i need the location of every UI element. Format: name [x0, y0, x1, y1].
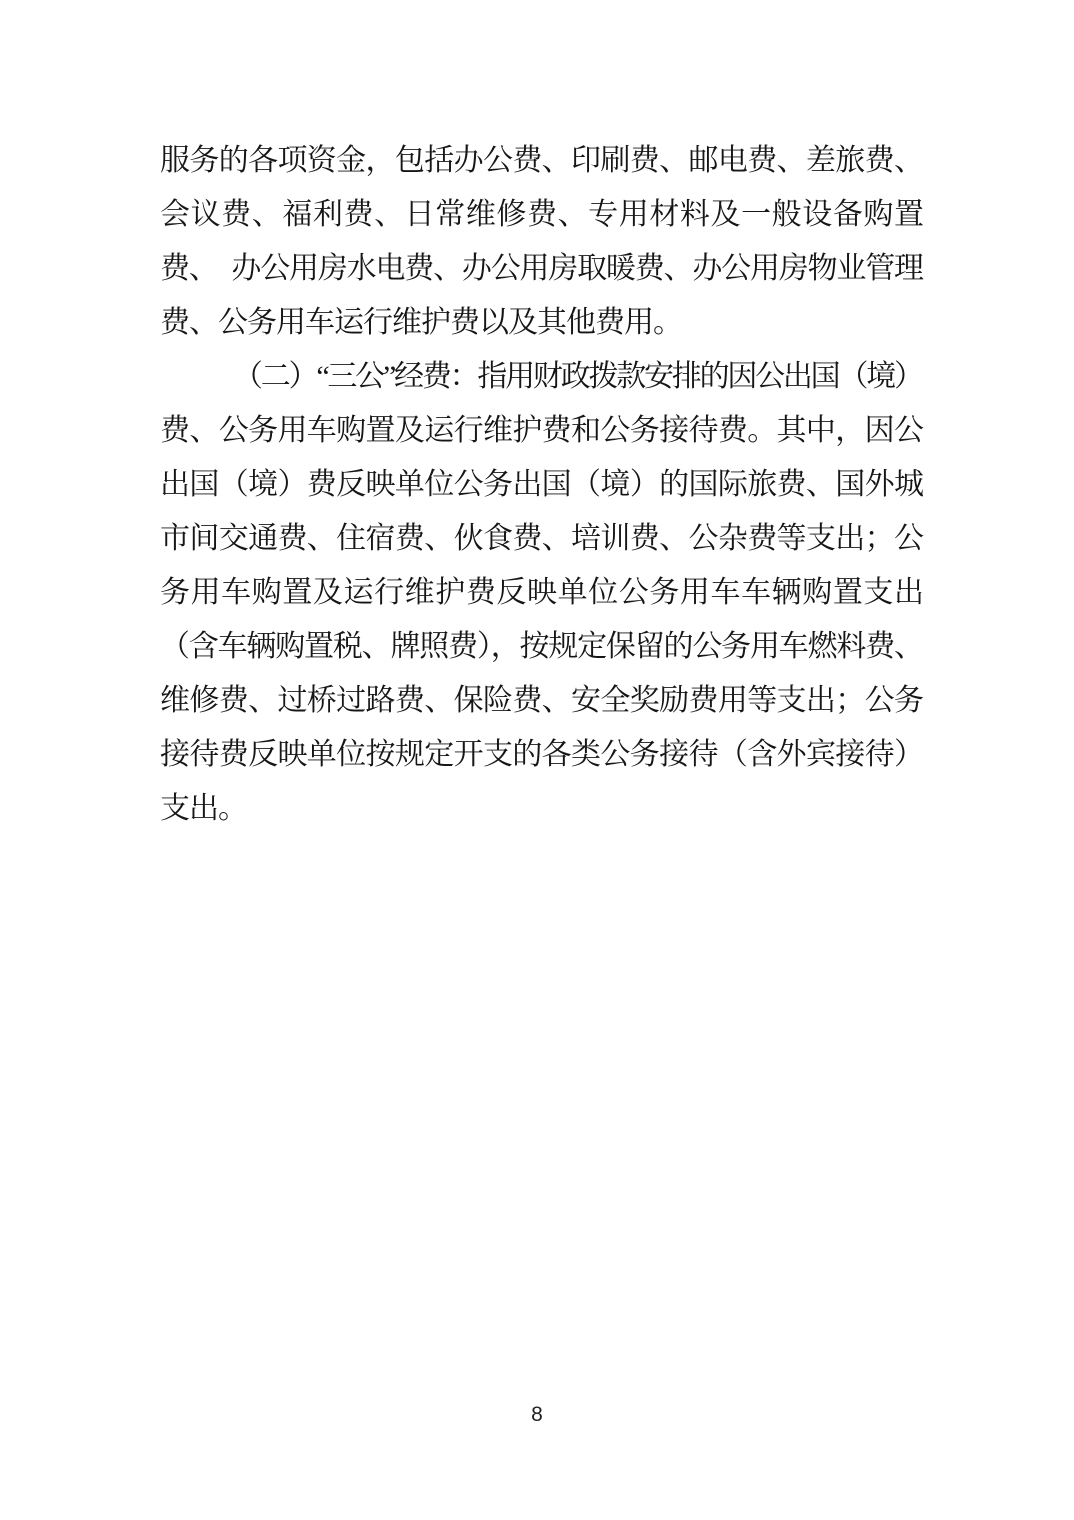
text-line: 会议费、福利费、日常维修费、专用材料及一般设备购置 — [160, 188, 920, 242]
paragraph-sangong-definition: （二）“三公”经费：指用财政拨款安排的因公出国（境） 费、公务用车购置及运行维护… — [160, 350, 920, 836]
text-line: 接待费反映单位按规定开支的各类公务接待（含外宾接待） — [160, 728, 920, 782]
text-line: （含车辆购置税、牌照费），按规定保留的公务用车燃料费、 — [160, 620, 920, 674]
text-line: 出国（境）费反映单位公务出国（境）的国际旅费、国外城 — [160, 458, 920, 512]
paragraph-continuation: 服务的各项资金，包括办公费、印刷费、邮电费、差旅费、 会议费、福利费、日常维修费… — [160, 134, 920, 350]
text-line: 务用车购置及运行维护费反映单位公务用车车辆购置支出 — [160, 566, 920, 620]
text-line: （二）“三公”经费：指用财政拨款安排的因公出国（境） — [160, 350, 920, 404]
page-number: 8 — [0, 1402, 1074, 1428]
text-line: 费、公务用车购置及运行维护费和公务接待费。其中，因公 — [160, 404, 920, 458]
text-line: 市间交通费、住宿费、伙食费、培训费、公杂费等支出；公 — [160, 512, 920, 566]
text-line: 费、公务用车运行维护费以及其他费用。 — [160, 296, 920, 350]
text-line: 费、 办公用房水电费、办公用房取暖费、办公用房物业管理 — [160, 242, 920, 296]
text-line: 服务的各项资金，包括办公费、印刷费、邮电费、差旅费、 — [160, 134, 920, 188]
document-page: 服务的各项资金，包括办公费、印刷费、邮电费、差旅费、 会议费、福利费、日常维修费… — [0, 0, 1074, 1520]
body-text: 服务的各项资金，包括办公费、印刷费、邮电费、差旅费、 会议费、福利费、日常维修费… — [160, 134, 920, 836]
text-line: 维修费、过桥过路费、保险费、安全奖励费用等支出；公务 — [160, 674, 920, 728]
text-line: 支出。 — [160, 782, 920, 836]
